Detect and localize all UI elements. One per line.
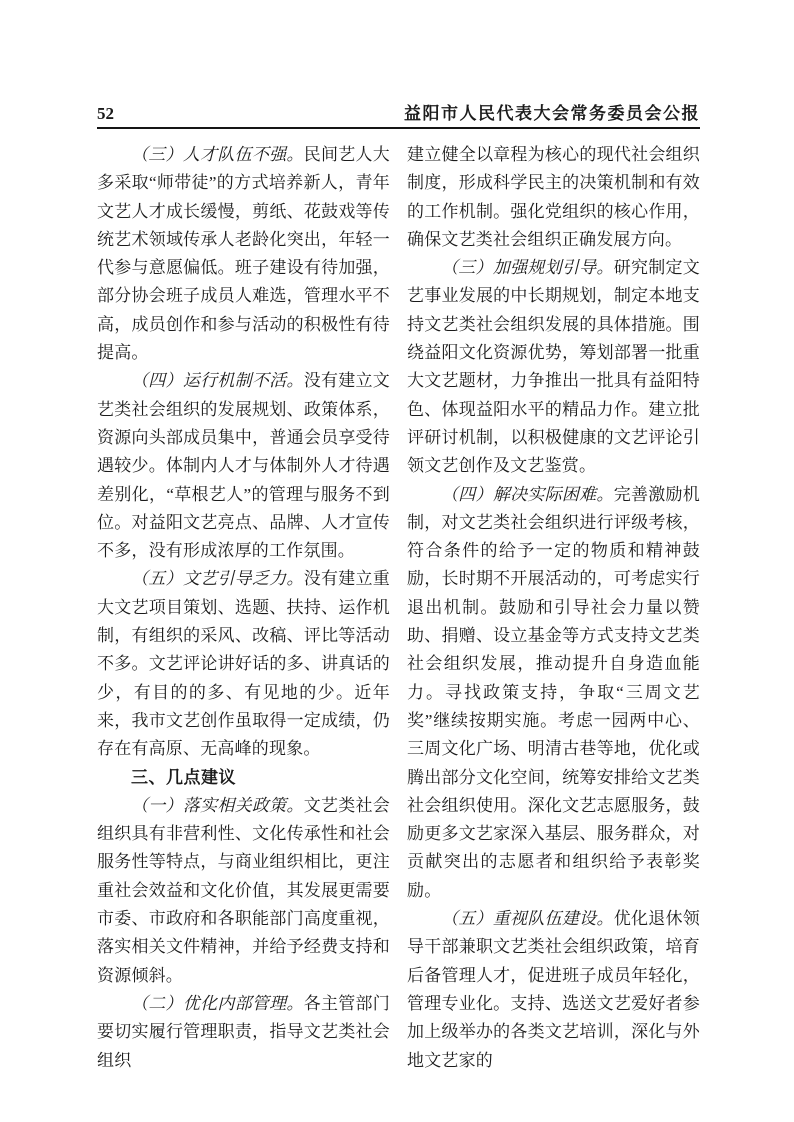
paragraph-optimize-management: （二）优化内部管理。各主管部门要切实履行管理职责，指导文艺类社会组织 [97, 990, 390, 1075]
paragraph-weak-art-guidance: （五）文艺引导乏力。没有建立重大文艺项目策划、选题、扶持、运作机制，有组织的采风… [97, 565, 390, 763]
section-heading-suggestions: 三、几点建议 [97, 764, 390, 792]
paragraph-inflexible-mechanism: （四）运行机制不活。没有建立文艺类社会组织的发展规划、政策体系，资源向头部成员集… [97, 367, 390, 565]
paragraph-text: 没有建立文艺类社会组织的发展规划、政策体系，资源向头部成员集中，普通会员享受待遇… [97, 371, 390, 560]
paragraph-lead: （一）落实相关政策。 [131, 796, 304, 815]
paragraph-lead: （五）文艺引导乏力。 [131, 569, 304, 588]
paragraph-lead: （三）人才队伍不强。 [131, 145, 304, 164]
page-header: 52 益阳市人民代表大会常务委员会公报 [97, 104, 700, 129]
paragraph-lead: （三）加强规划引导。 [441, 258, 614, 277]
paragraph-solve-difficulties: （四）解决实际困难。完善激励机制，对文艺类社会组织进行评级考核，符合条件的给予一… [407, 481, 700, 905]
paragraph-continuation: 建立健全以章程为核心的现代社会组织制度，形成科学民主的决策机制和有效的工作机制。… [407, 141, 700, 254]
document-body: （三）人才队伍不强。民间艺人大多采取“师带徒”的方式培养新人，青年文艺人才成长缓… [97, 141, 700, 1075]
left-column: （三）人才队伍不强。民间艺人大多采取“师带徒”的方式培养新人，青年文艺人才成长缓… [97, 141, 390, 1075]
paragraph-text: 研究制定文艺事业发展的中长期规划，制定本地支持文艺类社会组织发展的具体措施。围绕… [407, 258, 700, 475]
paragraph-text: 完善激励机制，对文艺类社会组织进行评级考核，符合条件的给予一定的物质和精神鼓励，… [407, 485, 700, 900]
paragraph-implement-policies: （一）落实相关政策。文艺类社会组织具有非营利性、文化传承性和社会服务性等特点，与… [97, 792, 390, 990]
page-number: 52 [97, 104, 114, 124]
right-column: 建立健全以章程为核心的现代社会组织制度，形成科学民主的决策机制和有效的工作机制。… [407, 141, 700, 1075]
paragraph-text: 文艺类社会组织具有非营利性、文化传承性和社会服务性等特点，与商业组织相比，更注重… [97, 796, 390, 985]
paragraph-text: 没有建立重大文艺项目策划、选题、扶持、运作机制，有组织的采风、改稿、评比等活动不… [97, 569, 390, 758]
paragraph-text: 建立健全以章程为核心的现代社会组织制度，形成科学民主的决策机制和有效的工作机制。… [407, 145, 700, 249]
paragraph-strengthen-planning: （三）加强规划引导。研究制定文艺事业发展的中长期规划，制定本地支持文艺类社会组织… [407, 254, 700, 480]
publication-title: 益阳市人民代表大会常务委员会公报 [404, 104, 700, 124]
paragraph-lead: （五）重视队伍建设。 [441, 909, 614, 928]
paragraph-lead: （四）运行机制不活。 [131, 371, 304, 390]
paragraph-lead: （二）优化内部管理。 [131, 994, 304, 1013]
paragraph-lead: （四）解决实际困难。 [441, 485, 614, 504]
paragraph-weak-talent-team: （三）人才队伍不强。民间艺人大多采取“师带徒”的方式培养新人，青年文艺人才成长缓… [97, 141, 390, 367]
paragraph-text: 优化退休领导干部兼职文艺类社会组织政策，培育后备管理人才，促进班子成员年轻化，管… [407, 909, 700, 1069]
document-page: 52 益阳市人民代表大会常务委员会公报 （三）人才队伍不强。民间艺人大多采取“师… [0, 0, 794, 1122]
paragraph-team-building: （五）重视队伍建设。优化退休领导干部兼职文艺类社会组织政策，培育后备管理人才，促… [407, 905, 700, 1075]
paragraph-text: 民间艺人大多采取“师带徒”的方式培养新人，青年文艺人才成长缓慢，剪纸、花鼓戏等传… [97, 145, 390, 362]
